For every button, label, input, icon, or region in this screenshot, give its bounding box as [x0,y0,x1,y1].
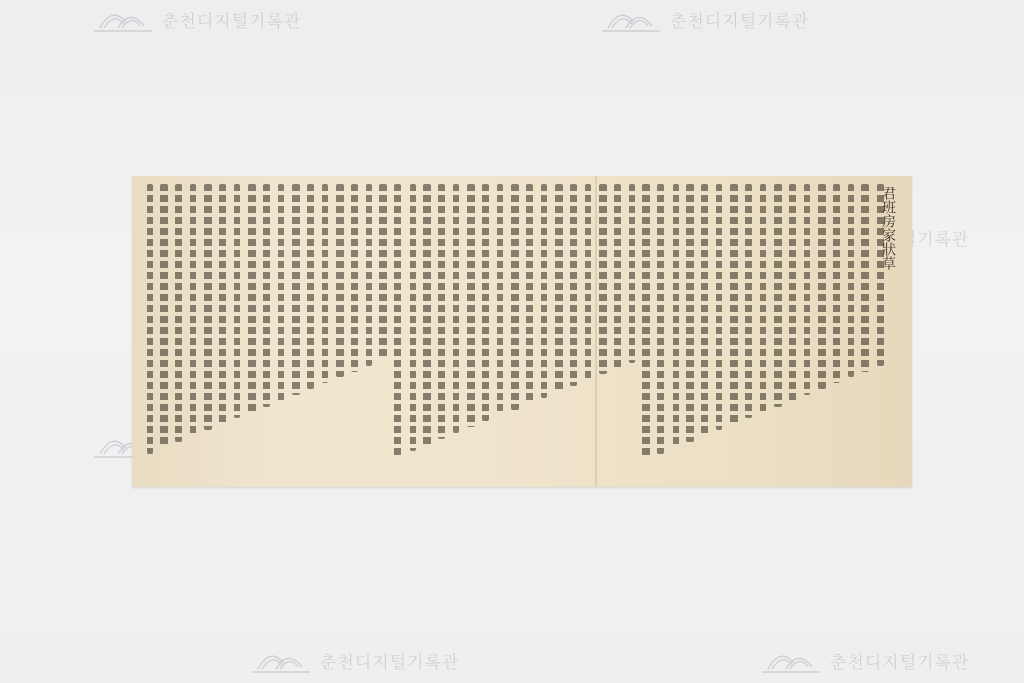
text-column [435,184,450,477]
watermark-text: 춘천디지털기록관 [320,648,459,673]
archive-watermark: 춘천디지털기록관 [600,4,809,34]
text-column [303,184,318,477]
watermark-text: 춘천디지털기록관 [670,7,809,32]
text-column [318,184,333,477]
text-column [288,184,303,477]
text-column [522,184,537,477]
text-column [829,184,844,477]
archive-watermark: 춘천디지털기록관 [250,645,459,675]
archive-logo-icon [250,645,312,675]
text-column [142,184,157,477]
text-column [595,184,610,477]
text-column [697,184,712,477]
text-column [610,184,625,477]
text-column [785,184,800,477]
text-column [347,184,362,477]
text-column [172,184,187,477]
text-column [741,184,756,477]
text-column [654,184,669,477]
text-column [668,184,683,477]
text-column [201,184,216,477]
manuscript-document: 君班房家狀草 [132,176,912,487]
text-column [245,184,260,477]
text-column [771,184,786,477]
text-column [478,184,493,477]
text-column [844,184,859,477]
text-column [639,184,654,477]
archive-logo-icon [760,645,822,675]
text-column [566,184,581,477]
text-column [361,184,376,477]
text-column [800,184,815,477]
text-column [464,184,479,477]
text-column [581,184,596,477]
text-column [537,184,552,477]
text-column [420,184,435,477]
watermark-text: 춘천디지털기록관 [830,648,969,673]
text-column [493,184,508,477]
text-column [274,184,289,477]
text-column [332,184,347,477]
text-column [508,184,523,477]
archive-logo-icon [92,4,154,34]
text-column [551,184,566,477]
archive-logo-icon [600,4,662,34]
text-columns [142,184,902,477]
watermark-text: 춘천디지털기록관 [162,7,301,32]
text-column [887,184,902,477]
text-column [727,184,742,477]
text-column [873,184,888,477]
text-column [624,184,639,477]
text-column [186,184,201,477]
text-column [215,184,230,477]
text-column [449,184,464,477]
text-column [405,184,420,477]
text-column [814,184,829,477]
text-column [858,184,873,477]
text-column [259,184,274,477]
text-column [756,184,771,477]
text-column [376,184,391,477]
text-column [230,184,245,477]
archive-watermark: 춘천디지털기록관 [92,4,301,34]
archive-watermark: 춘천디지털기록관 [760,645,969,675]
text-column [683,184,698,477]
text-column [157,184,172,477]
text-column [712,184,727,477]
text-column [391,184,406,477]
